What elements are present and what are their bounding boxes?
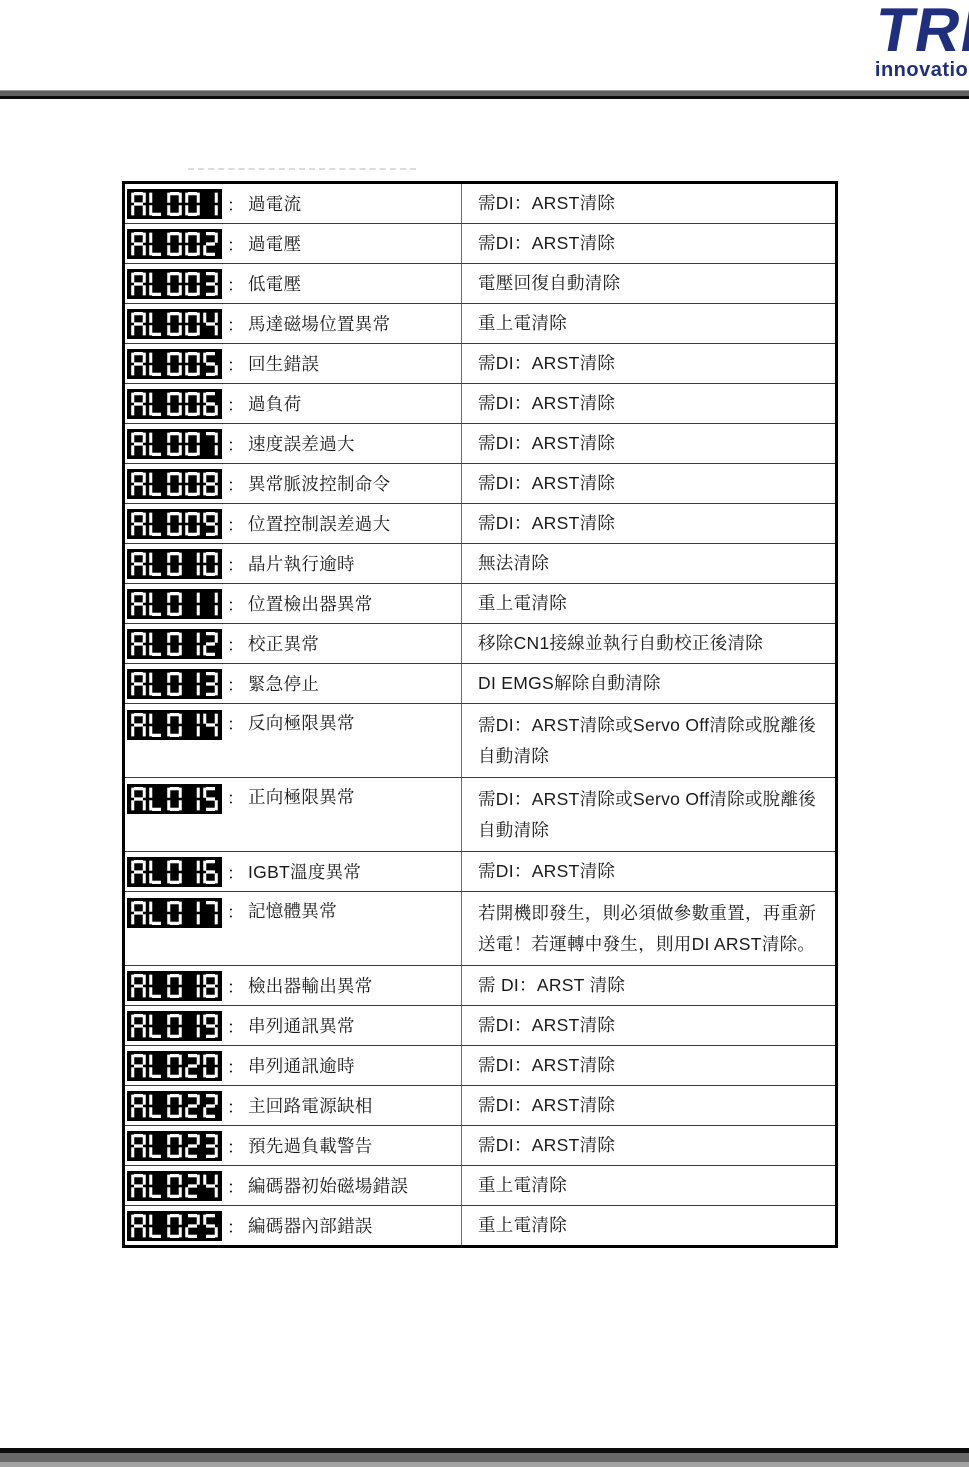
seven-segment-digit <box>149 552 164 576</box>
alarm-code-led <box>127 429 222 459</box>
alarm-code-led <box>127 898 222 928</box>
alarm-name-cell: ： IGBT溫度異常 <box>125 852 461 891</box>
alarm-name-cell: ： 馬達磁場位置異常 <box>125 304 461 343</box>
clear-method-cell: 電壓回復自動清除 <box>461 264 835 303</box>
table-row: ： 低電壓 電壓回復自動清除 <box>125 264 835 304</box>
colon-separator: ： <box>227 351 244 376</box>
seven-segment-digit <box>131 901 146 925</box>
seven-segment-digit <box>167 1214 182 1238</box>
table-row: ： 編碼器內部錯誤 重上電清除 <box>125 1206 835 1245</box>
seven-segment-digit <box>203 1094 218 1118</box>
table-row: ： 檢出器輸出異常 需 DI：ARST 清除 <box>125 966 835 1006</box>
alarm-name-label: 馬達磁場位置異常 <box>248 311 390 336</box>
seven-segment-digit <box>185 312 200 336</box>
seven-segment-digit <box>131 672 146 696</box>
seven-segment-digit <box>149 1214 164 1238</box>
seven-segment-digit <box>131 432 146 456</box>
table-row: ： 過負荷 需DI：ARST清除 <box>125 384 835 424</box>
table-row: ： 晶片執行逾時 無法清除 <box>125 544 835 584</box>
colon-separator: ： <box>227 311 244 336</box>
table-row: ： 馬達磁場位置異常 重上電清除 <box>125 304 835 344</box>
alarm-name-cell: ： 過電流 <box>125 184 461 223</box>
seven-segment-digit <box>149 352 164 376</box>
seven-segment-digit <box>203 312 218 336</box>
seven-segment-digit <box>149 1054 164 1078</box>
alarm-name-label: 編碼器初始磁場錯誤 <box>248 1173 408 1198</box>
scan-residue-dashes <box>188 168 416 170</box>
seven-segment-digit <box>185 352 200 376</box>
colon-separator: ： <box>227 511 244 536</box>
seven-segment-digit <box>185 232 200 256</box>
alarm-name-label: 位置控制誤差過大 <box>248 511 390 536</box>
seven-segment-digit <box>167 192 182 216</box>
alarm-name-cell: ： 速度誤差過大 <box>125 424 461 463</box>
seven-segment-digit <box>149 974 164 998</box>
seven-segment-digit <box>131 1134 146 1158</box>
clear-method-cell: 重上電清除 <box>461 1206 835 1245</box>
alarm-name-label: 記憶體異常 <box>248 898 337 923</box>
alarm-code-led <box>127 189 222 219</box>
alarm-name-label: 緊急停止 <box>248 671 319 696</box>
seven-segment-digit <box>203 1054 218 1078</box>
seven-segment-digit <box>167 512 182 536</box>
colon-separator: ： <box>227 431 244 456</box>
alarm-name-cell: ： 反向極限異常 <box>125 704 461 777</box>
clear-method-cell: 無法清除 <box>461 544 835 583</box>
tri-logo-text: TRI <box>869 0 969 62</box>
seven-segment-digit <box>203 192 218 216</box>
colon-separator: ： <box>227 1173 244 1198</box>
seven-segment-digit <box>167 974 182 998</box>
alarm-name-label: IGBT溫度異常 <box>248 859 361 884</box>
seven-segment-digit <box>131 392 146 416</box>
alarm-name-label: 過電流 <box>248 191 301 216</box>
footer-divider-bar <box>0 1448 969 1467</box>
table-row: ： 串列通訊逾時 需DI：ARST清除 <box>125 1046 835 1086</box>
clear-method-cell: 需DI：ARST清除 <box>461 504 835 543</box>
seven-segment-digit <box>203 901 218 925</box>
colon-separator: ： <box>227 1133 244 1158</box>
alarm-name-label: 反向極限異常 <box>248 710 355 735</box>
table-row: ： 反向極限異常 需DI：ARST清除或Servo Off清除或脫離後自動清除 <box>125 704 835 778</box>
clear-method-cell: 需DI：ARST清除 <box>461 384 835 423</box>
alarm-name-label: 校正異常 <box>248 631 319 656</box>
alarm-code-led <box>127 309 222 339</box>
alarm-name-cell: ： 回生錯誤 <box>125 344 461 383</box>
seven-segment-digit <box>167 312 182 336</box>
seven-segment-digit <box>203 272 218 296</box>
alarm-name-cell: ： 檢出器輸出異常 <box>125 966 461 1005</box>
alarm-code-led <box>127 549 222 579</box>
seven-segment-digit <box>149 1134 164 1158</box>
seven-segment-digit <box>185 432 200 456</box>
seven-segment-digit <box>203 512 218 536</box>
colon-separator: ： <box>227 784 244 809</box>
seven-segment-digit <box>185 860 200 884</box>
seven-segment-digit <box>185 552 200 576</box>
seven-segment-digit <box>185 272 200 296</box>
seven-segment-digit <box>185 787 200 811</box>
seven-segment-digit <box>149 632 164 656</box>
clear-method-cell: 需DI：ARST清除 <box>461 224 835 263</box>
seven-segment-digit <box>185 1094 200 1118</box>
colon-separator: ： <box>227 1053 244 1078</box>
seven-segment-digit <box>167 232 182 256</box>
alarm-code-led <box>127 710 222 740</box>
clear-method-cell: 需DI：ARST清除 <box>461 184 835 223</box>
alarm-code-led <box>127 469 222 499</box>
alarm-name-label: 預先過負載警告 <box>248 1133 373 1158</box>
seven-segment-digit <box>203 472 218 496</box>
seven-segment-digit <box>167 901 182 925</box>
seven-segment-digit <box>149 672 164 696</box>
alarm-code-led <box>127 1171 222 1201</box>
seven-segment-digit <box>203 632 218 656</box>
colon-separator: ： <box>227 1093 244 1118</box>
alarm-name-cell: ： 正向極限異常 <box>125 778 461 851</box>
table-row: ： 位置控制誤差過大 需DI：ARST清除 <box>125 504 835 544</box>
seven-segment-digit <box>131 1094 146 1118</box>
seven-segment-digit <box>131 232 146 256</box>
seven-segment-digit <box>131 1174 146 1198</box>
alarm-name-label: 低電壓 <box>248 271 301 296</box>
seven-segment-digit <box>149 272 164 296</box>
table-row: ： 緊急停止 DI EMGS解除自動清除 <box>125 664 835 704</box>
alarm-code-led <box>127 269 222 299</box>
colon-separator: ： <box>227 1013 244 1038</box>
table-row: ： 編碼器初始磁場錯誤 重上電清除 <box>125 1166 835 1206</box>
seven-segment-digit <box>149 787 164 811</box>
colon-separator: ： <box>227 551 244 576</box>
seven-segment-digit <box>149 1174 164 1198</box>
alarm-name-label: 主回路電源缺相 <box>248 1093 373 1118</box>
seven-segment-digit <box>203 432 218 456</box>
table-row: ： 預先過負載警告 需DI：ARST清除 <box>125 1126 835 1166</box>
alarm-name-cell: ： 位置檢出器異常 <box>125 584 461 623</box>
alarm-name-label: 正向極限異常 <box>248 784 355 809</box>
table-row: ： 校正異常 移除CN1接線並執行自動校正後清除 <box>125 624 835 664</box>
alarm-code-table: ： 過電流 需DI：ARST清除 ： 過電壓 需DI：ARST清除 ： 低電壓 … <box>122 181 838 1248</box>
alarm-name-cell: ： 編碼器內部錯誤 <box>125 1206 461 1245</box>
seven-segment-digit <box>167 1134 182 1158</box>
colon-separator: ： <box>227 271 244 296</box>
seven-segment-digit <box>167 860 182 884</box>
clear-method-cell: 移除CN1接線並執行自動校正後清除 <box>461 624 835 663</box>
seven-segment-digit <box>167 1054 182 1078</box>
alarm-name-cell: ： 緊急停止 <box>125 664 461 703</box>
colon-separator: ： <box>227 1213 244 1238</box>
alarm-name-cell: ： 編碼器初始磁場錯誤 <box>125 1166 461 1205</box>
seven-segment-digit <box>203 592 218 616</box>
seven-segment-digit <box>185 1174 200 1198</box>
seven-segment-digit <box>167 1094 182 1118</box>
seven-segment-digit <box>203 860 218 884</box>
alarm-name-cell: ： 串列通訊逾時 <box>125 1046 461 1085</box>
seven-segment-digit <box>185 472 200 496</box>
seven-segment-digit <box>203 1214 218 1238</box>
seven-segment-digit <box>131 1214 146 1238</box>
seven-segment-digit <box>185 392 200 416</box>
seven-segment-digit <box>203 974 218 998</box>
seven-segment-digit <box>149 592 164 616</box>
seven-segment-digit <box>131 860 146 884</box>
alarm-code-led <box>127 629 222 659</box>
alarm-name-cell: ： 串列通訊異常 <box>125 1006 461 1045</box>
colon-separator: ： <box>227 591 244 616</box>
seven-segment-digit <box>185 672 200 696</box>
seven-segment-digit <box>131 713 146 737</box>
seven-segment-digit <box>203 352 218 376</box>
table-row: ： IGBT溫度異常 需DI：ARST清除 <box>125 852 835 892</box>
seven-segment-digit <box>167 552 182 576</box>
seven-segment-digit <box>131 632 146 656</box>
table-row: ： 回生錯誤 需DI：ARST清除 <box>125 344 835 384</box>
seven-segment-digit <box>167 272 182 296</box>
seven-segment-digit <box>131 312 146 336</box>
alarm-name-label: 編碼器內部錯誤 <box>248 1213 373 1238</box>
clear-method-cell: 需DI：ARST清除 <box>461 1086 835 1125</box>
colon-separator: ： <box>227 231 244 256</box>
seven-segment-digit <box>167 713 182 737</box>
clear-method-cell: 重上電清除 <box>461 584 835 623</box>
seven-segment-digit <box>149 860 164 884</box>
seven-segment-digit <box>167 352 182 376</box>
seven-segment-digit <box>167 432 182 456</box>
seven-segment-digit <box>131 787 146 811</box>
alarm-code-led <box>127 389 222 419</box>
colon-separator: ： <box>227 859 244 884</box>
alarm-code-led <box>127 784 222 814</box>
clear-method-cell: 需DI：ARST清除或Servo Off清除或脫離後自動清除 <box>461 704 835 777</box>
seven-segment-digit <box>185 512 200 536</box>
alarm-code-led <box>127 1051 222 1081</box>
alarm-name-label: 過負荷 <box>248 391 301 416</box>
seven-segment-digit <box>149 1014 164 1038</box>
tri-logo: TRI innovation <box>875 0 969 80</box>
alarm-name-label: 速度誤差過大 <box>248 431 355 456</box>
seven-segment-digit <box>185 1214 200 1238</box>
seven-segment-digit <box>185 1014 200 1038</box>
seven-segment-digit <box>149 713 164 737</box>
alarm-code-led <box>127 669 222 699</box>
alarm-name-label: 過電壓 <box>248 231 301 256</box>
alarm-name-cell: ： 過電壓 <box>125 224 461 263</box>
seven-segment-digit <box>203 787 218 811</box>
alarm-name-cell: ： 晶片執行逾時 <box>125 544 461 583</box>
seven-segment-digit <box>167 787 182 811</box>
colon-separator: ： <box>227 671 244 696</box>
clear-method-cell: 需DI：ARST清除 <box>461 424 835 463</box>
alarm-name-label: 異常脈波控制命令 <box>248 471 390 496</box>
seven-segment-digit <box>203 1014 218 1038</box>
colon-separator: ： <box>227 191 244 216</box>
seven-segment-digit <box>149 392 164 416</box>
clear-method-cell: 需DI：ARST清除 <box>461 464 835 503</box>
table-row: ： 正向極限異常 需DI：ARST清除或Servo Off清除或脫離後自動清除 <box>125 778 835 852</box>
seven-segment-digit <box>185 632 200 656</box>
seven-segment-digit <box>131 192 146 216</box>
table-row: ： 異常脈波控制命令 需DI：ARST清除 <box>125 464 835 504</box>
colon-separator: ： <box>227 898 244 923</box>
table-row: ： 過電流 需DI：ARST清除 <box>125 184 835 224</box>
seven-segment-digit <box>149 232 164 256</box>
alarm-code-led <box>127 509 222 539</box>
seven-segment-digit <box>167 592 182 616</box>
alarm-code-led <box>127 1131 222 1161</box>
seven-segment-digit <box>167 1014 182 1038</box>
seven-segment-digit <box>203 1134 218 1158</box>
seven-segment-digit <box>185 592 200 616</box>
seven-segment-digit <box>203 713 218 737</box>
alarm-name-label: 晶片執行逾時 <box>248 551 355 576</box>
seven-segment-digit <box>167 1174 182 1198</box>
alarm-code-led <box>127 589 222 619</box>
table-row: ： 主回路電源缺相 需DI：ARST清除 <box>125 1086 835 1126</box>
clear-method-cell: DI EMGS解除自動清除 <box>461 664 835 703</box>
clear-method-cell: 重上電清除 <box>461 1166 835 1205</box>
seven-segment-digit <box>131 512 146 536</box>
seven-segment-digit <box>185 901 200 925</box>
seven-segment-digit <box>203 392 218 416</box>
table-row: ： 過電壓 需DI：ARST清除 <box>125 224 835 264</box>
seven-segment-digit <box>167 392 182 416</box>
table-row: ： 位置檢出器異常 重上電清除 <box>125 584 835 624</box>
colon-separator: ： <box>227 973 244 998</box>
table-row: ： 記憶體異常 若開機即發生，則必須做參數重置，再重新送電！若運轉中發生，則用D… <box>125 892 835 966</box>
seven-segment-digit <box>185 1134 200 1158</box>
seven-segment-digit <box>203 232 218 256</box>
clear-method-cell: 需DI：ARST清除 <box>461 1046 835 1085</box>
alarm-name-cell: ： 異常脈波控制命令 <box>125 464 461 503</box>
seven-segment-digit <box>149 901 164 925</box>
seven-segment-digit <box>203 1174 218 1198</box>
alarm-name-label: 回生錯誤 <box>248 351 319 376</box>
alarm-code-led <box>127 857 222 887</box>
table-row: ： 速度誤差過大 需DI：ARST清除 <box>125 424 835 464</box>
seven-segment-digit <box>131 272 146 296</box>
clear-method-cell: 需DI：ARST清除 <box>461 344 835 383</box>
seven-segment-digit <box>185 192 200 216</box>
alarm-name-label: 位置檢出器異常 <box>248 591 373 616</box>
seven-segment-digit <box>167 472 182 496</box>
seven-segment-digit <box>203 552 218 576</box>
seven-segment-digit <box>131 472 146 496</box>
seven-segment-digit <box>131 1014 146 1038</box>
seven-segment-digit <box>149 472 164 496</box>
seven-segment-digit <box>131 352 146 376</box>
alarm-code-led <box>127 1091 222 1121</box>
alarm-name-cell: ： 記憶體異常 <box>125 892 461 965</box>
table-row: ： 串列通訊異常 需DI：ARST清除 <box>125 1006 835 1046</box>
seven-segment-digit <box>185 974 200 998</box>
alarm-code-led <box>127 1211 222 1241</box>
alarm-code-led <box>127 1011 222 1041</box>
alarm-name-cell: ： 校正異常 <box>125 624 461 663</box>
alarm-name-cell: ： 低電壓 <box>125 264 461 303</box>
clear-method-cell: 需DI：ARST清除 <box>461 1006 835 1045</box>
seven-segment-digit <box>131 592 146 616</box>
seven-segment-digit <box>149 192 164 216</box>
clear-method-cell: 需DI：ARST清除或Servo Off清除或脫離後自動清除 <box>461 778 835 851</box>
alarm-name-cell: ： 預先過負載警告 <box>125 1126 461 1165</box>
seven-segment-digit <box>149 312 164 336</box>
seven-segment-digit <box>131 974 146 998</box>
colon-separator: ： <box>227 710 244 735</box>
clear-method-cell: 重上電清除 <box>461 304 835 343</box>
seven-segment-digit <box>149 432 164 456</box>
alarm-name-cell: ： 過負荷 <box>125 384 461 423</box>
seven-segment-digit <box>149 1094 164 1118</box>
alarm-name-label: 串列通訊逾時 <box>248 1053 355 1078</box>
clear-method-cell: 需DI：ARST清除 <box>461 1126 835 1165</box>
alarm-code-led <box>127 971 222 1001</box>
clear-method-cell: 需DI：ARST清除 <box>461 852 835 891</box>
alarm-name-label: 串列通訊異常 <box>248 1013 355 1038</box>
colon-separator: ： <box>227 391 244 416</box>
alarm-code-led <box>127 229 222 259</box>
clear-method-cell: 若開機即發生，則必須做參數重置，再重新送電！若運轉中發生，則用DI ARST清除… <box>461 892 835 965</box>
seven-segment-digit <box>185 1054 200 1078</box>
alarm-name-cell: ： 位置控制誤差過大 <box>125 504 461 543</box>
seven-segment-digit <box>167 632 182 656</box>
colon-separator: ： <box>227 471 244 496</box>
seven-segment-digit <box>185 713 200 737</box>
alarm-code-led <box>127 349 222 379</box>
header-divider-bar <box>0 90 969 99</box>
seven-segment-digit <box>131 552 146 576</box>
clear-method-cell: 需 DI：ARST 清除 <box>461 966 835 1005</box>
seven-segment-digit <box>203 672 218 696</box>
colon-separator: ： <box>227 631 244 656</box>
alarm-name-label: 檢出器輸出異常 <box>248 973 373 998</box>
seven-segment-digit <box>149 512 164 536</box>
seven-segment-digit <box>167 672 182 696</box>
seven-segment-digit <box>131 1054 146 1078</box>
alarm-name-cell: ： 主回路電源缺相 <box>125 1086 461 1125</box>
